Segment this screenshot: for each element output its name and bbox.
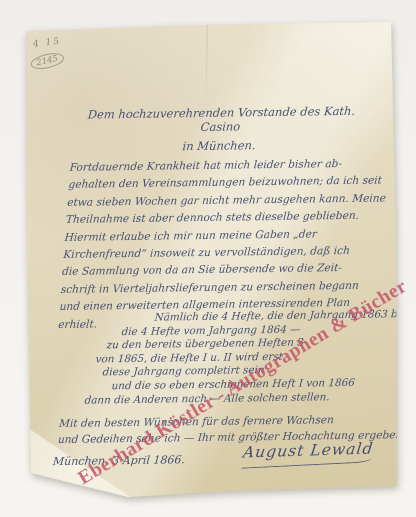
signature: August Lewald bbox=[241, 439, 374, 467]
paper-sheet: 4 15 2145 Dem hochzuverehrenden Vorstand… bbox=[0, 0, 416, 517]
pencil-circled-number: 2145 bbox=[29, 51, 65, 72]
body-paragraph: Fortdauernde Krankheit hat mich leider b… bbox=[58, 155, 383, 334]
salutation: Dem hochzuverehrenden Vorstande des Kath… bbox=[69, 104, 372, 155]
salutation-line-1: Dem hochzuverehrenden Vorstande des Kath… bbox=[70, 104, 372, 136]
paper-shadow: 4 15 2145 Dem hochzuverehrenden Vorstand… bbox=[0, 0, 416, 517]
letter-content: 4 15 2145 Dem hochzuverehrenden Vorstand… bbox=[0, 0, 416, 517]
salutation-line-2: in München. bbox=[69, 137, 370, 155]
pencil-inventory-number: 4 15 bbox=[33, 36, 62, 49]
letter-photo: 4 15 2145 Dem hochzuverehrenden Vorstand… bbox=[0, 0, 416, 517]
